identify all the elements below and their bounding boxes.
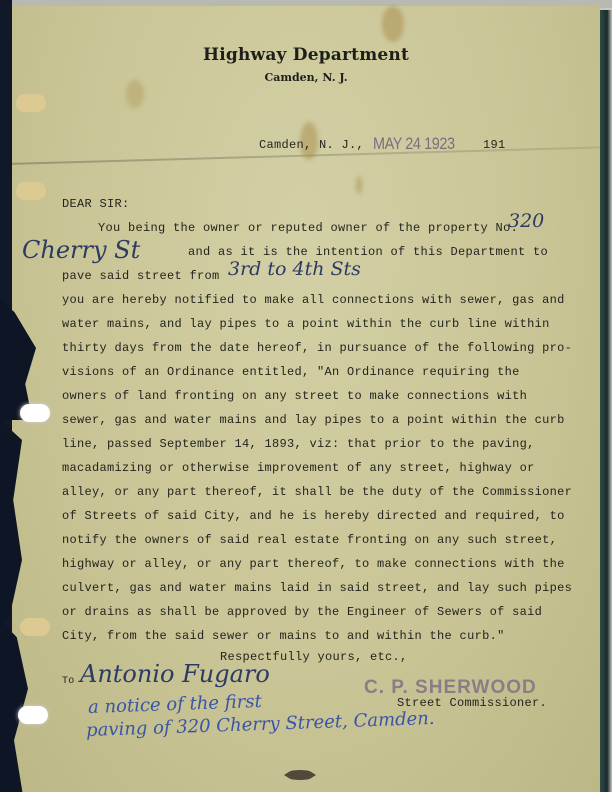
- body-line-3: pave said street from: [62, 269, 220, 283]
- body-line: City, from the said sewer or mains to an…: [62, 629, 505, 643]
- body-line-1: You being the owner or reputed owner of …: [98, 221, 518, 235]
- handwritten-street: Cherry St: [22, 236, 140, 264]
- recipient-prefix: To: [62, 676, 75, 687]
- punch-hole: [16, 182, 46, 200]
- body-line: line, passed September 14, 1893, viz: th…: [62, 437, 535, 451]
- body-line-2: and as it is the intention of this Depar…: [188, 245, 548, 259]
- body-line: or drains as shall be approved by the En…: [62, 605, 542, 619]
- dateline-place: Camden, N. J.,: [259, 138, 364, 152]
- letterhead-city: Camden, N. J.: [0, 71, 612, 84]
- punch-hole: [16, 94, 46, 112]
- body-line: water mains, and lay pipes to a point wi…: [62, 317, 550, 331]
- body-line: macadamizing or otherwise improvement of…: [62, 461, 535, 475]
- body-line: thirty days from the date hereof, in pur…: [62, 341, 572, 355]
- body-line: culvert, gas and water mains laid in sai…: [62, 581, 572, 595]
- body-line: of Streets of said City, and he is hereb…: [62, 509, 565, 523]
- body-line: notify the owners of said real estate fr…: [62, 533, 557, 547]
- body-line: you are hereby notified to make all conn…: [62, 293, 565, 307]
- punch-hole: [18, 706, 48, 724]
- body-line: visions of an Ordinance entitled, "An Or…: [62, 365, 520, 379]
- punch-hole: [20, 404, 50, 422]
- dateline-year-prefix: 191: [483, 138, 506, 152]
- body-line: highway or alley, or any part thereof, t…: [62, 557, 565, 571]
- handwritten-property-number: 320: [508, 210, 544, 232]
- water-stain: [356, 176, 362, 194]
- water-stain: [382, 6, 404, 42]
- body-line: sewer, gas and water mains and lay pipes…: [62, 413, 565, 427]
- body-line: alley, or any part thereof, it shall be …: [62, 485, 572, 499]
- handwritten-pave-range: 3rd to 4th Sts: [228, 258, 361, 280]
- water-stain: [126, 80, 144, 108]
- scan-right-edge: [600, 10, 612, 792]
- handwritten-recipient-name: Antonio Fugaro: [80, 660, 270, 688]
- punch-hole: [20, 618, 50, 636]
- letterhead-title: Highway Department: [0, 45, 612, 65]
- body-line: owners of land fronting on any street to…: [62, 389, 527, 403]
- salutation: DEAR SIR:: [62, 197, 130, 211]
- date-stamp: MAY 24 1923: [373, 134, 455, 154]
